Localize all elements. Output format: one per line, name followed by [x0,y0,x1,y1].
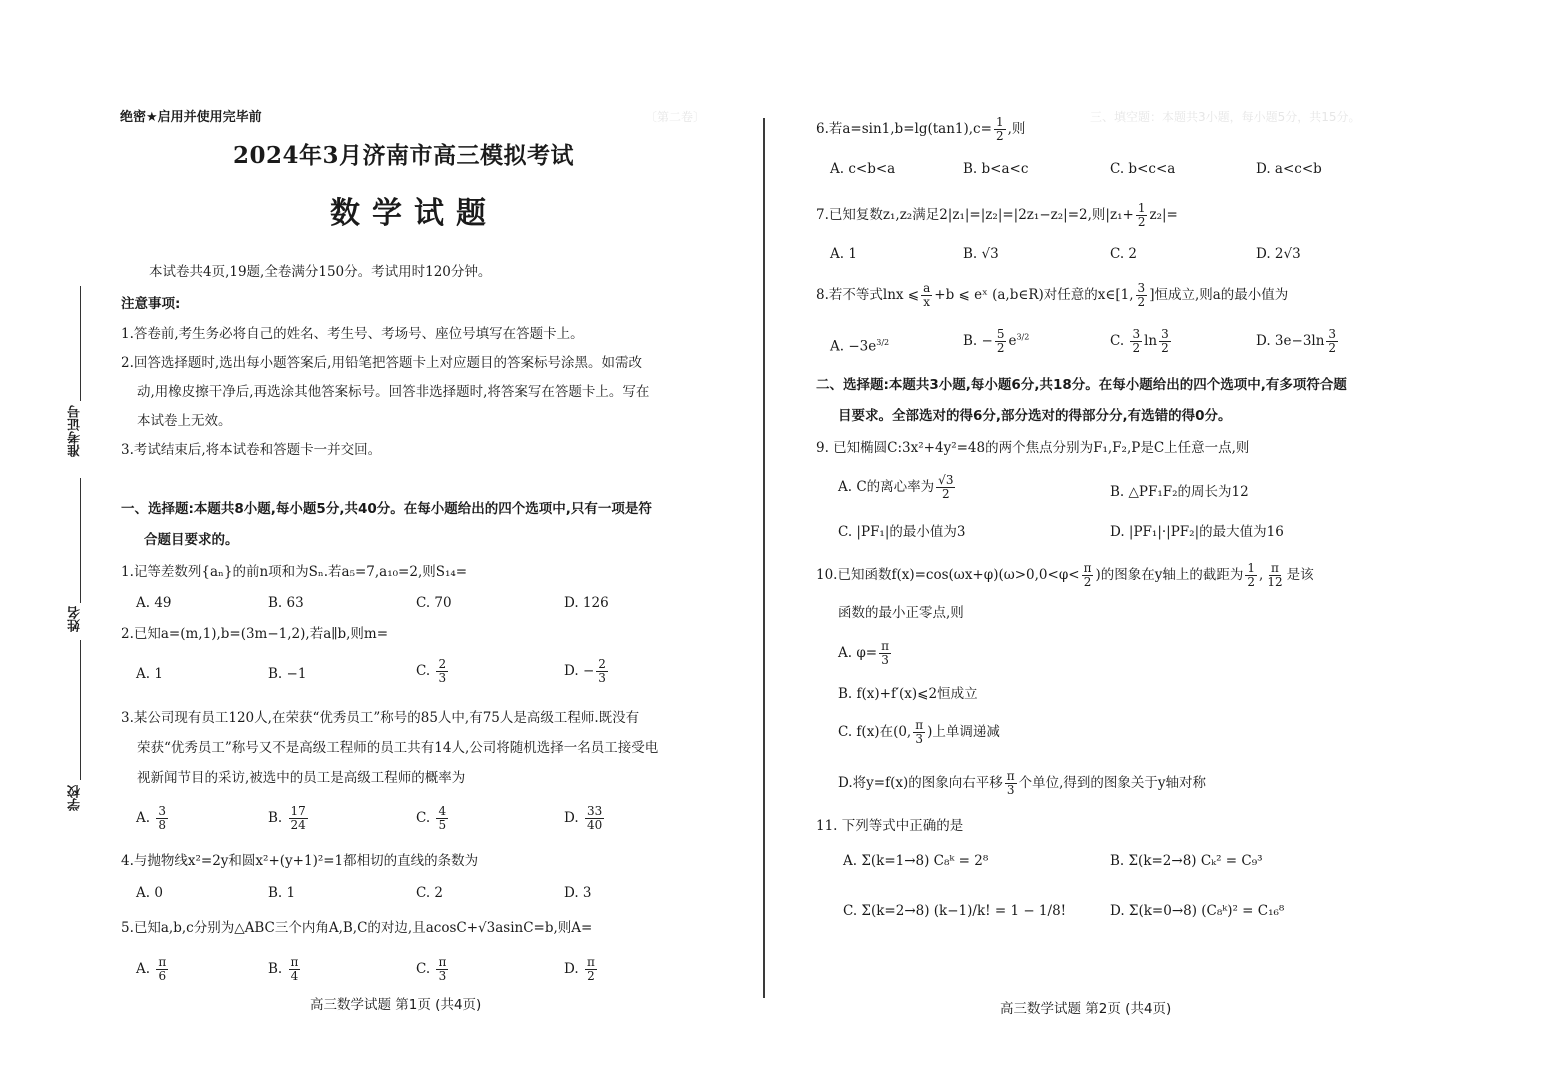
question-9-stem: 9. 已知椭圆C:3x²+4y²=48的两个焦点分别为F₁,F₂,P是C上任意一… [816,439,1249,457]
question-7-option-d[interactable]: D. 2√3 [1256,245,1301,263]
question-2-option-b[interactable]: B. −1 [268,665,306,683]
question-7-option-b[interactable]: B. √3 [963,245,999,263]
page-divider [763,118,765,998]
section-2-heading: 二、选择题:本题共3小题,每小题6分,共18分。在每小题给出的四个选项中,有多项… [816,376,1347,394]
question-7-stem: 7.已知复数z₁,z₂满足2|z₁|=|z₂|=|2z₁−z₂|=2,则|z₁+… [816,202,1178,229]
section-1-heading: 一、选择题:本题共8小题,每小题5分,共40分。在每小题给出的四个选项中,只有一… [121,500,652,518]
exam-title: 2024年3月济南市高三模拟考试 [233,137,574,170]
question-2-option-c[interactable]: C. 23 [416,658,450,685]
note-item: 3.考试结束后,将本试卷和答题卡一并交回。 [121,441,381,459]
question-8-option-b[interactable]: B. −52e3/2 [963,328,1029,355]
question-6-option-b[interactable]: B. b<a<c [963,160,1028,178]
question-5-option-c[interactable]: C. π3 [416,956,450,983]
question-11-option-d[interactable]: D. Σ(k=0→8) (C₈ᵏ)² = C₁₆⁸ [1110,902,1284,920]
bleed-through-text: 〔第二卷〕 [645,108,705,125]
question-1-option-a[interactable]: A. 49 [136,594,172,612]
question-10-stem: 10.已知函数f(x)=cos(ωx+φ)(ω>0,0<φ<π2)的图象在y轴上… [816,562,1314,589]
question-8-option-c[interactable]: C. 32ln32 [1110,328,1173,355]
question-5-option-a[interactable]: A. π6 [136,956,170,983]
question-2-stem: 2.已知a=(m,1),b=(3m−1,2),若a∥b,则m= [121,625,388,643]
question-1-option-c[interactable]: C. 70 [416,594,452,612]
question-11-option-a[interactable]: A. Σ(k=1→8) C₈ᵏ = 2⁸ [843,852,988,870]
question-8-stem: 8.若不等式lnx ⩽ax+b ⩽ eˣ (a,b∈R)对任意的x∈[1,32]… [816,282,1288,309]
question-9-option-d[interactable]: D. |PF₁|·|PF₂|的最大值为16 [1110,523,1284,541]
notes-heading: 注意事项: [121,295,180,313]
question-6-option-c[interactable]: C. b<c<a [1110,160,1175,178]
exam-intro: 本试卷共4页,19题,全卷满分150分。考试用时120分钟。 [149,263,491,281]
question-3-option-c[interactable]: C. 45 [416,805,450,832]
note-item: 2.回答选择题时,选出每小题答案后,用铅笔把答题卡上对应题目的答案标号涂黑。如需… [121,354,642,372]
question-8-option-d[interactable]: D. 3e−3ln32 [1256,328,1340,355]
question-3-stem: 3.某公司现有员工120人,在荣获“优秀员工”称号的85人中,有75人是高级工程… [121,709,639,727]
page-1-footer: 高三数学试题 第1页 (共4页) [310,993,481,1013]
question-9-option-c[interactable]: C. |PF₁|的最小值为3 [838,523,965,541]
question-1-option-b[interactable]: B. 63 [268,594,304,612]
question-4-option-a[interactable]: A. 0 [136,884,163,902]
exam-id-underline[interactable] [80,286,81,401]
question-3-option-d[interactable]: D. 3340 [564,805,606,832]
subject-title: 数学试题 [330,188,498,232]
question-10-option-b[interactable]: B. f(x)+f′(x)⩽2恒成立 [838,685,978,703]
question-11-option-b[interactable]: B. Σ(k=2→8) Cₖ² = C₉³ [1110,852,1263,870]
question-10-stem-cont: 函数的最小正零点,则 [838,604,964,622]
question-8-option-a[interactable]: A. −3e3/2 [830,334,889,356]
question-10-option-d[interactable]: D.将y=f(x)的图象向右平移π3个单位,得到的图象关于y轴对称 [838,770,1206,797]
name-underline[interactable] [80,478,81,603]
question-7-option-a[interactable]: A. 1 [830,245,857,263]
confidential-mark: 绝密★启用并使用完毕前 [120,106,262,125]
question-9-option-a[interactable]: A. C的离心率为√32 [838,474,957,501]
note-item: 动,用橡皮擦干净后,再选涂其他答案标号。回答非选择题时,将答案写在答题卡上。写在 [137,383,649,401]
school-underline[interactable] [80,640,81,780]
question-7-option-c[interactable]: C. 2 [1110,245,1137,263]
question-1-option-d[interactable]: D. 126 [564,594,609,612]
note-item: 本试卷上无效。 [137,412,232,430]
question-10-option-c[interactable]: C. f(x)在(0,π3)上单调递减 [838,719,1000,746]
name-label: 姓名 [66,606,85,632]
bleed-through-text: 三、填空题：本题共3小题，每小题5分，共15分。 [1090,108,1361,125]
question-11-option-c[interactable]: C. Σ(k=2→8) (k−1)/k! = 1 − 1/8! [843,902,1066,920]
page-2-footer: 高三数学试题 第2页 (共4页) [1000,997,1171,1017]
question-4-option-b[interactable]: B. 1 [268,884,295,902]
note-item: 1.答卷前,考生务必将自己的姓名、考生号、考场号、座位号填写在答题卡上。 [121,325,584,343]
question-6-stem: 6.若a=sin1,b=lg(tan1),c=12,则 [816,116,1025,143]
exam-id-label: 准考证号 [66,405,85,457]
school-label: 学校 [66,785,85,811]
section-2-heading-cont: 目要求。全部选对的得6分,部分选对的得部分分,有选错的得0分。 [838,407,1232,425]
question-6-option-d[interactable]: D. a<c<b [1256,160,1322,178]
question-4-stem: 4.与抛物线x²=2y和圆x²+(y+1)²=1都相切的直线的条数为 [121,852,478,870]
question-5-stem: 5.已知a,b,c分别为△ABC三个内角A,B,C的对边,且acosC+√3as… [121,919,592,937]
question-10-option-a[interactable]: A. φ=π3 [838,640,893,667]
question-6-option-a[interactable]: A. c<b<a [830,160,895,178]
section-1-heading-cont: 合题目要求的。 [144,531,239,549]
question-5-option-b[interactable]: B. π4 [268,956,302,983]
question-3-stem-cont: 视新闻节目的采访,被选中的员工是高级工程师的概率为 [137,769,465,787]
question-5-option-d[interactable]: D. π2 [564,956,599,983]
question-2-option-d[interactable]: D. −23 [564,658,610,685]
question-2-option-a[interactable]: A. 1 [136,665,163,683]
question-4-option-c[interactable]: C. 2 [416,884,443,902]
question-9-option-b[interactable]: B. △PF₁F₂的周长为12 [1110,483,1249,501]
question-3-option-a[interactable]: A. 38 [136,805,170,832]
question-4-option-d[interactable]: D. 3 [564,884,592,902]
question-11-stem: 11. 下列等式中正确的是 [816,817,963,835]
question-3-stem-cont: 荣获“优秀员工”称号又不是高级工程师的员工共有14人,公司将随机选择一名员工接受… [137,739,658,757]
question-1-stem: 1.记等差数列{aₙ}的前n项和为Sₙ.若a₅=7,a₁₀=2,则S₁₄= [121,563,467,581]
question-3-option-b[interactable]: B. 1724 [268,805,310,832]
